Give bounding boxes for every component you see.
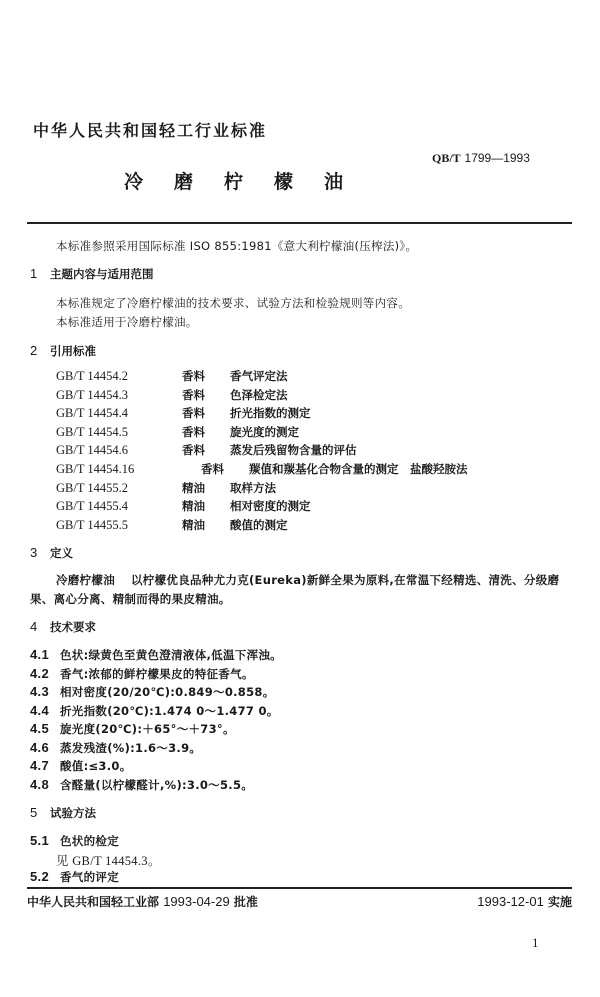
requirement-item: 4.8含醛量(以柠檬醛计,%):3.0～5.5。 [30, 777, 253, 793]
clause-text: 香气:浓郁的鲜柠檬果皮的特征香气。 [60, 667, 254, 681]
method-reference: 见 GB/T 14454.3。 [56, 854, 161, 868]
implementation-info: 1993-12-01 实施 [477, 893, 572, 910]
reference-item: GB/T 14454.3香料色泽检定法 [56, 387, 288, 403]
reference-title: 羰值和羰基化合物含量的测定 盐酸羟胺法 [249, 462, 468, 476]
method-item: 5.1色状的检定 [30, 833, 119, 849]
reference-title: 蒸发后残留物含量的评估 [230, 443, 357, 457]
requirement-item: 4.7酸值:≤3.0。 [30, 758, 132, 774]
clause-number: 4.1 [30, 647, 60, 662]
reference-code: GB/T 14455.2 [56, 481, 182, 496]
reference-code: GB/T 14454.5 [56, 425, 182, 440]
section-title: 引用标准 [50, 344, 96, 358]
reference-item: GB/T 14454.2香料香气评定法 [56, 368, 288, 384]
clause-number: 4.3 [30, 684, 60, 699]
reference-title: 折光指数的测定 [230, 406, 311, 420]
section-number: 2 [30, 343, 50, 358]
reference-title: 色泽检定法 [230, 388, 288, 402]
title-char: 檬 [274, 167, 324, 194]
intro-paragraph: 本标准参照采用国际标准 ISO 855:1981《意大利柠檬油(压榨法)》。 [56, 238, 417, 254]
reference-category: 香料 [201, 461, 249, 477]
reference-item: GB/T 14454.16香料羰值和羰基化合物含量的测定 盐酸羟胺法 [56, 461, 468, 477]
reference-category: 香料 [182, 405, 230, 421]
reference-category: 香料 [182, 442, 230, 458]
method-body: 见 GB/T 14454.3。 [56, 851, 161, 869]
clause-text: 旋光度(20℃):＋65°～＋73°。 [60, 722, 235, 736]
section-1-heading: 1主题内容与适用范围 [30, 266, 154, 282]
clause-number: 4.2 [30, 666, 60, 681]
reference-category: 精油 [182, 498, 230, 514]
clause-title: 色状的检定 [60, 834, 119, 848]
clause-number: 5.1 [30, 833, 60, 848]
reference-item: GB/T 14455.2精油取样方法 [56, 480, 276, 496]
standard-number: 1799—1993 [465, 151, 530, 165]
section-title: 技术要求 [50, 620, 96, 634]
clause-number: 4.6 [30, 740, 60, 755]
title-char: 磨 [174, 167, 224, 194]
header-rule [27, 222, 572, 224]
footer-rule [27, 887, 572, 889]
title-char: 油 [324, 167, 374, 194]
definition-text: 以柠檬优良品种尤力克(Eureka)新鲜全果为原料,在常温下经精选、清洗、分级磨 [131, 573, 559, 587]
section-number: 3 [30, 545, 50, 560]
definition-continuation: 果、离心分离、精制而得的果皮精油。 [30, 591, 231, 607]
title-char: 柠 [224, 167, 274, 194]
reference-category: 精油 [182, 517, 230, 533]
section-number: 5 [30, 805, 50, 820]
clause-number: 4.5 [30, 721, 60, 736]
clause-number: 4.8 [30, 777, 60, 792]
implementation-date: 1993-12-01 [477, 894, 544, 909]
section-1-line: 本标准规定了冷磨柠檬油的技术要求、试验方法和检验规则等内容。 [56, 295, 410, 311]
reference-code: GB/T 14454.2 [56, 369, 182, 384]
section-title: 定义 [50, 546, 73, 560]
reference-code: GB/T 14454.3 [56, 388, 182, 403]
reference-category: 精油 [182, 480, 230, 496]
requirement-item: 4.2香气:浓郁的鲜柠檬果皮的特征香气。 [30, 666, 254, 682]
clause-text: 相对密度(20/20℃):0.849～0.858。 [60, 685, 275, 699]
reference-code: GB/T 14455.4 [56, 499, 182, 514]
requirement-item: 4.1色状:绿黄色至黄色澄清液体,低温下浑浊。 [30, 647, 282, 663]
reference-category: 香料 [182, 368, 230, 384]
title-char: 冷 [124, 167, 174, 194]
reference-title: 香气评定法 [230, 369, 288, 383]
reference-code: GB/T 14455.5 [56, 518, 182, 533]
section-4-heading: 4技术要求 [30, 619, 96, 635]
requirement-item: 4.3相对密度(20/20℃):0.849～0.858。 [30, 684, 275, 700]
requirement-item: 4.6蒸发残渣(%):1.6～3.9。 [30, 740, 201, 756]
reference-title: 旋光度的测定 [230, 425, 299, 439]
implementation-label: 实施 [548, 895, 572, 909]
reference-category: 香料 [182, 424, 230, 440]
reference-category: 香料 [182, 387, 230, 403]
reference-title: 酸值的测定 [230, 518, 288, 532]
section-number: 4 [30, 619, 50, 634]
method-item: 5.2香气的评定 [30, 869, 119, 885]
page-number: 1 [532, 935, 539, 951]
clause-number: 5.2 [30, 869, 60, 884]
section-1-line: 本标准适用于冷磨柠檬油。 [56, 314, 198, 330]
section-3-heading: 3定义 [30, 545, 73, 561]
section-2-heading: 2引用标准 [30, 343, 96, 359]
clause-text: 含醛量(以柠檬醛计,%):3.0～5.5。 [60, 778, 253, 792]
approval-label: 批准 [234, 895, 258, 909]
reference-code: GB/T 14454.6 [56, 443, 182, 458]
reference-code: GB/T 14454.4 [56, 406, 182, 421]
approving-body: 中华人民共和国轻工业部 [27, 895, 159, 909]
clause-number: 4.7 [30, 758, 60, 773]
section-title: 试验方法 [50, 806, 96, 820]
clause-text: 折光指数(20℃):1.474 0～1.477 0。 [60, 704, 279, 718]
reference-title: 相对密度的测定 [230, 499, 311, 513]
requirement-item: 4.5旋光度(20℃):＋65°～＋73°。 [30, 721, 235, 737]
clause-title: 香气的评定 [60, 870, 119, 884]
reference-item: GB/T 14455.4精油相对密度的测定 [56, 498, 311, 514]
reference-item: GB/T 14454.5香料旋光度的测定 [56, 424, 299, 440]
reference-item: GB/T 14454.6香料蒸发后残留物含量的评估 [56, 442, 357, 458]
reference-item: GB/T 14455.5精油酸值的测定 [56, 517, 288, 533]
approval-date: 1993-04-29 [163, 894, 230, 909]
clause-text: 蒸发残渣(%):1.6～3.9。 [60, 741, 201, 755]
document-title: 冷磨柠檬油 [124, 167, 374, 194]
reference-code: GB/T 14454.16 [56, 462, 201, 477]
approval-info: 中华人民共和国轻工业部 1993-04-29 批准 [27, 893, 258, 910]
section-5-heading: 5试验方法 [30, 805, 96, 821]
standard-prefix: QB/T [432, 151, 461, 165]
section-number: 1 [30, 266, 50, 281]
requirement-item: 4.4折光指数(20℃):1.474 0～1.477 0。 [30, 703, 279, 719]
reference-title: 取样方法 [230, 481, 276, 495]
clause-text: 色状:绿黄色至黄色澄清液体,低温下浑浊。 [60, 648, 282, 662]
reference-item: GB/T 14454.4香料折光指数的测定 [56, 405, 311, 421]
section-title: 主题内容与适用范围 [50, 267, 154, 281]
clause-text: 酸值:≤3.0。 [60, 759, 132, 773]
definition-line: 冷磨柠檬油以柠檬优良品种尤力克(Eureka)新鲜全果为原料,在常温下经精选、清… [56, 572, 559, 588]
definition-term: 冷磨柠檬油 [56, 573, 115, 587]
clause-number: 4.4 [30, 703, 60, 718]
standard-code: QB/T 1799—1993 [432, 151, 530, 166]
issuing-body-title: 中华人民共和国轻工行业标准 [33, 118, 267, 141]
